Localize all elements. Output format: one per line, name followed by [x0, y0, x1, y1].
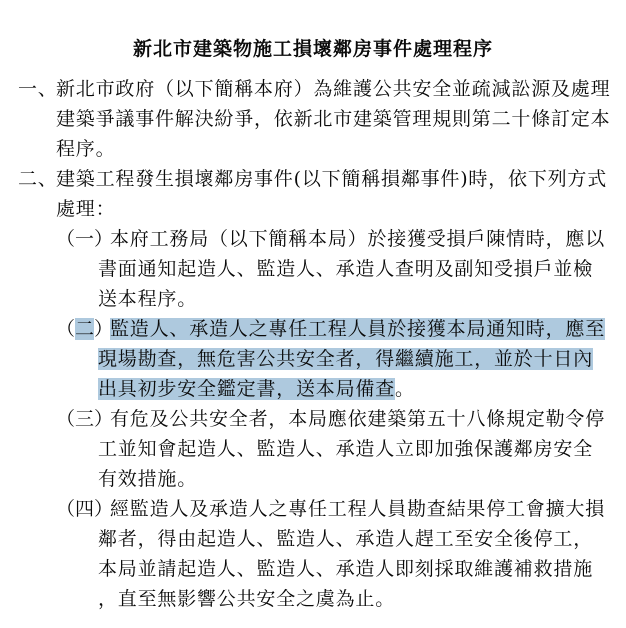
label-paren-open: （ [56, 318, 75, 340]
text-line: 有危及公共安全者，本局應依建築第五十八條規定勒令停 [98, 404, 626, 434]
section-1-label: 一、 [18, 74, 58, 104]
text-line: 書面通知起造人、監造人、承造人查明及副知受損戶並檢 [98, 254, 626, 284]
text-line: 現場勘查，無危害公共安全者，得繼續施工，並於十日內 [98, 344, 626, 374]
label-paren-close: ） [94, 498, 113, 520]
document-title: 新北市建築物施工損壞鄰房事件處理程序 [0, 32, 626, 66]
subsection-1-label: （一） [56, 224, 113, 254]
subsection-3: （三） 有危及公共安全者，本局應依建築第五十八條規定勒令停 工並知會起造人、監造… [0, 404, 626, 494]
text-line: 本局並請起造人、監造人、承造人即刻採取維護補救措施 [98, 554, 626, 584]
text-line: ，直至無影響公共安全之虞為止。 [98, 584, 626, 614]
label-paren-open: （ [56, 408, 75, 430]
text-line: 新北市政府（以下簡稱本府）為維護公共安全並疏減訟源及處理 [56, 74, 626, 104]
text-line: 出具初步安全鑑定書，送本局備查。 [98, 374, 626, 404]
highlighted-text: 監造人、承造人之專任工程人員於接獲本局通知時，應至 [110, 318, 605, 340]
text-tail: 。 [395, 378, 415, 400]
label-paren-open: （ [56, 228, 75, 250]
label-number-highlighted: 二 [75, 318, 94, 340]
label-number: 四 [75, 498, 94, 520]
label-paren-open: （ [56, 498, 75, 520]
text-line: 工並知會起造人、監造人、承造人立即加強保護鄰房安全 [98, 434, 626, 464]
text-line: 建築爭議事件解決紛爭，依新北市建築管理規則第二十條訂定本 [56, 104, 626, 134]
highlighted-text: 出具初步安全鑑定書，送本局備查 [98, 378, 395, 400]
subsection-4-label: （四） [56, 494, 113, 524]
subsection-2-label: （二） [56, 314, 113, 344]
label-number: 三 [75, 408, 94, 430]
subsection-1: （一） 本府工務局（以下簡稱本局）於接獲受損戶陳情時，應以 書面通知起造人、監造… [0, 224, 626, 314]
text-line: 鄰者，得由起造人、監造人、承造人趕工至安全後停工， [98, 524, 626, 554]
text-line: 本府工務局（以下簡稱本局）於接獲受損戶陳情時，應以 [98, 224, 626, 254]
section-2-label: 二、 [18, 164, 58, 194]
text-line: 程序。 [56, 134, 626, 164]
text-line: 監造人、承造人之專任工程人員於接獲本局通知時，應至 [98, 314, 626, 344]
highlighted-text: 現場勘查，無危害公共安全者，得繼續施工，並於十日內 [98, 348, 593, 370]
subsection-2-highlighted: （二） 監造人、承造人之專任工程人員於接獲本局通知時，應至 現場勘查，無危害公共… [0, 314, 626, 404]
text-line: 建築工程發生損壞鄰房事件(以下簡稱損鄰事件)時，依下列方式 [56, 164, 626, 194]
label-paren-close: ） [94, 408, 113, 430]
text-line: 處理： [56, 194, 626, 224]
document-page: 新北市建築物施工損壞鄰房事件處理程序 一、 新北市政府（以下簡稱本府）為維護公共… [0, 0, 626, 628]
label-paren-close: ） [94, 228, 113, 250]
text-line: 經監造人及承造人之專任工程人員勘查結果停工會擴大損 [98, 494, 626, 524]
label-paren-close: ） [94, 318, 113, 340]
label-number: 一 [75, 228, 94, 250]
text-line: 送本程序。 [98, 284, 626, 314]
text-line: 有效措施。 [98, 464, 626, 494]
subsection-3-label: （三） [56, 404, 113, 434]
section-1: 一、 新北市政府（以下簡稱本府）為維護公共安全並疏減訟源及處理 建築爭議事件解決… [0, 74, 626, 164]
section-2: 二、 建築工程發生損壞鄰房事件(以下簡稱損鄰事件)時，依下列方式 處理： [0, 164, 626, 224]
subsection-4: （四） 經監造人及承造人之專任工程人員勘查結果停工會擴大損 鄰者，得由起造人、監… [0, 494, 626, 614]
